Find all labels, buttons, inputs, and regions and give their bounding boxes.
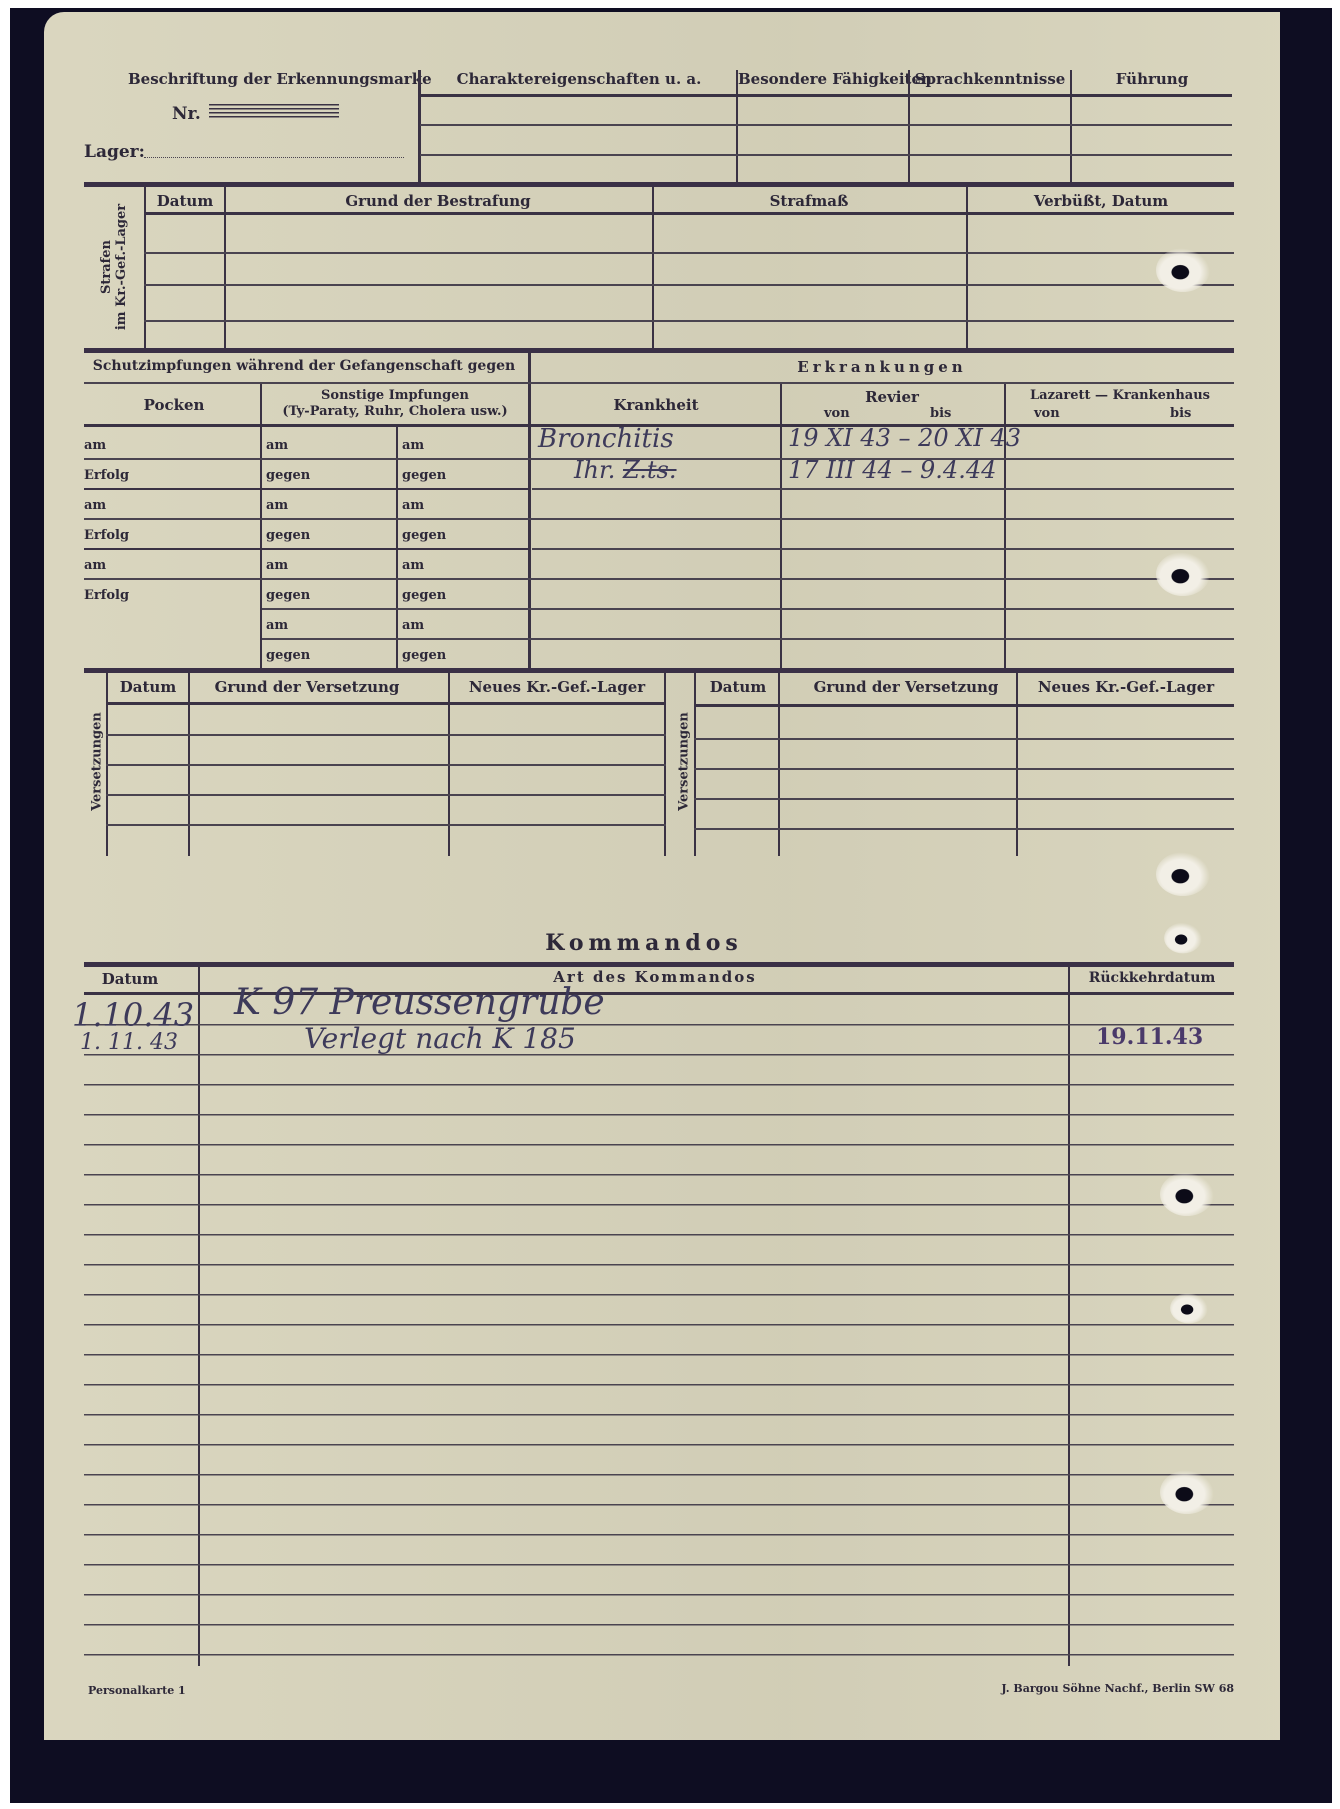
vacc-row-label: Erfolg <box>84 468 129 483</box>
transfers-side-label-left: Versetzungen <box>90 697 105 827</box>
nr-label: Nr. <box>172 104 201 124</box>
kommandos-title: Kommandos <box>444 930 844 956</box>
rule <box>144 320 1234 322</box>
rule <box>84 382 1234 384</box>
vacc-row-label: gegen <box>402 588 446 603</box>
vacc-row-label: am <box>266 438 288 453</box>
form-id: Personalkarte 1 <box>88 1684 186 1697</box>
punch-hole <box>1160 1172 1214 1216</box>
col-illness: Krankheit <box>532 396 780 414</box>
rule <box>144 212 1234 215</box>
divider <box>418 70 421 184</box>
personnel-card-page: Beschriftung der Erkennungsmarke Nr. Lag… <box>44 12 1280 1740</box>
col-other-vacc-sub: (Ty-Paraty, Ruhr, Cholera usw.) <box>262 404 528 419</box>
kommando-ruled-lines <box>84 1024 1234 1674</box>
divider <box>528 352 531 670</box>
section-rule <box>84 348 1234 353</box>
col-return-date: Rückkehrdatum <box>1070 970 1234 986</box>
rule <box>694 768 1234 770</box>
col-pocken: Pocken <box>84 396 264 414</box>
kommando-date-1: 1.10.43 <box>72 996 194 1034</box>
transfers-side-label-right: Versetzungen <box>677 697 692 827</box>
punch-hole <box>1156 248 1210 292</box>
col-transfer-camp: Neues Kr.-Gef.-Lager <box>450 678 664 696</box>
col-other-vacc: Sonstige Impfungen <box>262 388 528 403</box>
lazarett-von: von <box>1034 406 1060 421</box>
rule <box>420 154 1232 156</box>
rule <box>106 824 666 826</box>
vacc-row-label: gegen <box>266 648 310 663</box>
col-transfer-date: Datum <box>108 678 188 696</box>
col-transfer-reason-2: Grund der Versetzung <box>780 678 1032 696</box>
rule <box>84 578 1234 580</box>
rule <box>694 828 1234 830</box>
col-lazarett: Lazarett — Krankenhaus <box>1006 388 1234 403</box>
rule <box>694 738 1234 740</box>
col-languages: Sprachkenntnisse <box>910 70 1070 88</box>
col-punish-served: Verbüßt, Datum <box>968 192 1234 210</box>
punch-hole <box>1156 852 1210 896</box>
punch-hole <box>1164 923 1202 954</box>
vacc-row-label: am <box>266 618 288 633</box>
vacc-row-label: Erfolg <box>84 528 129 543</box>
lager-field <box>144 157 404 158</box>
punch-hole <box>1156 552 1210 596</box>
nr-field <box>209 104 339 120</box>
rule <box>262 608 1234 610</box>
rule <box>84 548 528 550</box>
vacc-row-label: am <box>84 558 106 573</box>
col-transfer-camp-2: Neues Kr.-Gef.-Lager <box>1018 678 1234 696</box>
vacc-row-label: gegen <box>402 528 446 543</box>
col-punish-date: Datum <box>146 192 224 210</box>
vacc-row-label: am <box>402 558 424 573</box>
lager-label: Lager: <box>84 142 145 162</box>
section-rule <box>84 962 1234 967</box>
col-transfer-reason: Grund der Versetzung <box>190 678 424 696</box>
punch-hole <box>1170 1293 1208 1324</box>
illness-entry-1: Bronchitis <box>538 424 674 454</box>
rule <box>694 704 1234 707</box>
revier-von: von <box>824 406 850 421</box>
col-kommando-date: Datum <box>84 970 176 988</box>
rule <box>532 488 1234 490</box>
vacc-row-label: am <box>402 498 424 513</box>
kommando-date-2: 1. 11. 43 <box>80 1030 178 1055</box>
illnesses-title: Erkrankungen <box>532 358 1232 376</box>
vacc-row-label: am <box>266 558 288 573</box>
vacc-row-label: am <box>402 618 424 633</box>
col-revier: Revier <box>782 388 1002 406</box>
revier-entry-1: 19 XI 43 – 20 XI 43 <box>788 424 1021 452</box>
tag-inscription-label: Beschriftung der Erkennungsmarke <box>128 70 432 88</box>
rule <box>144 252 1234 254</box>
vacc-row-label: gegen <box>402 648 446 663</box>
revier-bis: bis <box>930 406 951 421</box>
col-transfer-date-2: Datum <box>696 678 780 696</box>
rule <box>106 734 666 736</box>
rule <box>106 764 666 766</box>
rule <box>694 798 1234 800</box>
rule <box>106 794 666 796</box>
punch-hole <box>1160 1470 1214 1514</box>
rule <box>262 638 1234 640</box>
vacc-row-label: gegen <box>402 468 446 483</box>
vacc-row-label: am <box>84 498 106 513</box>
lazarett-bis: bis <box>1170 406 1191 421</box>
vacc-row-label: am <box>402 438 424 453</box>
col-punish-reason: Grund der Bestrafung <box>226 192 650 210</box>
rule <box>420 94 1232 97</box>
rule <box>84 518 1234 520</box>
kommando-type-1: K 97 Preussengrube <box>234 982 605 1023</box>
rule <box>420 124 1232 126</box>
rule <box>532 548 1234 550</box>
side-label-line1: Strafen <box>99 240 114 294</box>
vacc-row-label: gegen <box>266 588 310 603</box>
divider <box>396 424 398 670</box>
kommando-type-2: Verlegt nach K 185 <box>304 1022 576 1055</box>
vacc-row-label: am <box>84 438 106 453</box>
col-conduct: Führung <box>1072 70 1232 88</box>
vacc-row-label: Erfolg <box>84 588 129 603</box>
section-rule <box>84 668 1234 673</box>
vacc-row-label: gegen <box>266 528 310 543</box>
rule <box>84 488 528 490</box>
rule <box>106 702 666 705</box>
vacc-row-label: am <box>266 498 288 513</box>
illness-entry-2: Ihr. Z.ts. <box>574 456 677 484</box>
col-abilities: Besondere Fähigkeiten <box>738 70 908 88</box>
printer-imprint: J. Bargou Söhne Nachf., Berlin SW 68 <box>974 1682 1234 1695</box>
vacc-row-label: gegen <box>266 468 310 483</box>
punishments-side-label: Strafen im Kr.-Gef.-Lager <box>99 192 129 342</box>
section-rule <box>84 182 1234 187</box>
col-punish-measure: Strafmaß <box>654 192 964 210</box>
rule <box>144 284 1234 286</box>
vaccinations-title: Schutzimpfungen während der Gefangenscha… <box>84 358 524 374</box>
revier-entry-2: 17 III 44 – 9.4.44 <box>788 456 996 484</box>
side-label-line2: im Kr.-Gef.-Lager <box>114 204 129 330</box>
col-character: Charaktereigenschaften u. a. <box>424 70 734 88</box>
return-date-stamp: 19.11.43 <box>1096 1024 1203 1050</box>
